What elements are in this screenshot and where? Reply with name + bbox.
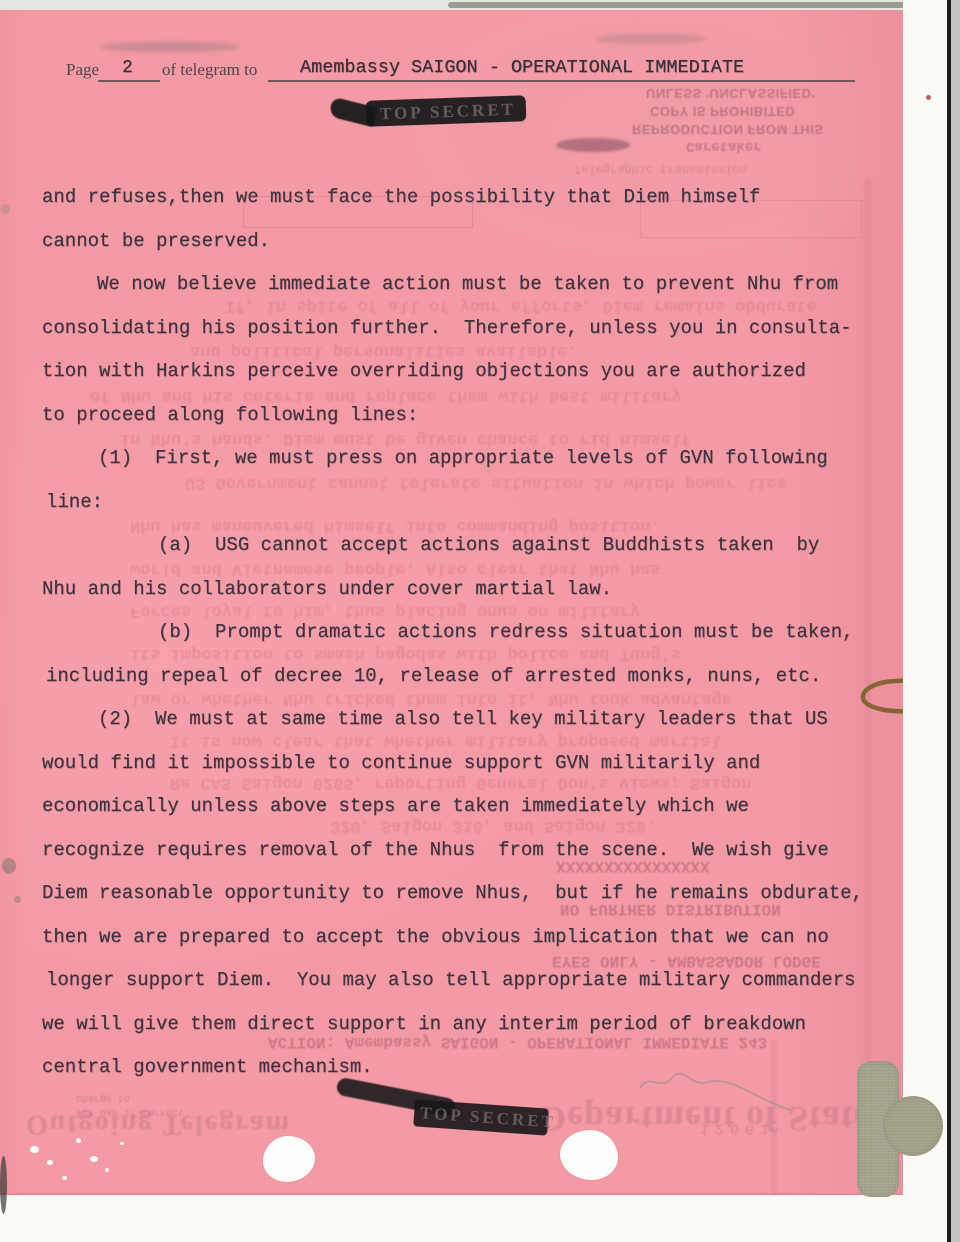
ghost-small-line: for use if correct [76, 1106, 184, 1117]
ghost-line: 320, Saigon 316, and Saigon 329. [330, 816, 656, 835]
typed-line: Nhu and his collaborators under cover ma… [42, 578, 612, 600]
ghost-smudge [556, 138, 630, 152]
ghost-line: of Nhu and his coterie and replace them … [90, 386, 682, 405]
pencil-smudge [100, 42, 240, 52]
binding-tab-circle [883, 1096, 943, 1156]
ghost-telegraphic: Telegraphic transmission [574, 162, 747, 176]
typed-line: would find it impossible to continue sup… [42, 752, 760, 774]
paper-speck [120, 1142, 124, 1145]
punch-hole [560, 1130, 618, 1180]
typed-line: we will give them direct support in any … [42, 1013, 806, 1035]
typed-line: and refuses,then we must face the possib… [42, 186, 760, 208]
ghost-footer-line: COPY IS PROHIBITED [650, 104, 795, 119]
punch-hole [263, 1136, 315, 1182]
paper-speck [62, 1176, 67, 1180]
typed-line: We now believe immediate action must be … [97, 273, 838, 295]
paper-speck [47, 1160, 53, 1165]
scanner-right-margin [903, 0, 947, 1242]
typed-line: to proceed along following lines: [42, 404, 418, 426]
typed-line: then we are prepared to accept the obvio… [42, 926, 829, 948]
ghost-line: Re CAS Saigon 0265, reporting General Do… [170, 773, 752, 792]
form-underline [98, 80, 160, 82]
scanner-edge-gray [951, 0, 960, 1242]
paper-speck [14, 896, 21, 903]
ghost-control-number: 12661 [700, 1120, 775, 1137]
page-label: Page [66, 60, 99, 80]
page-number: 2 [122, 58, 133, 78]
scanner-top-band [448, 2, 960, 8]
typed-line: cannot be preserved. [42, 230, 270, 252]
of-telegram-label: of telegram to [162, 60, 257, 80]
paper-speck [926, 95, 931, 100]
paper-speck [30, 1146, 39, 1153]
paper-speck [0, 204, 10, 214]
typed-line: (1) First, we must press on appropriate … [98, 447, 828, 469]
pencil-scribble [630, 1062, 810, 1122]
paper-speck [90, 1156, 98, 1162]
form-underline [268, 80, 855, 82]
typed-line: Diem reasonable opportunity to remove Nh… [42, 882, 863, 904]
typed-line: economically unless above steps are take… [42, 795, 749, 817]
typed-line: including repeal of decree 10, release o… [46, 665, 821, 687]
ghost-line-dark: EYES ONLY - AMBASSADOR LODGE [552, 952, 821, 970]
ghost-footer-line: UNLESS 'UNCLASSIFIED' [646, 86, 815, 101]
scanned-telegram-document: Page 2 of telegram to Amembassy SAIGON -… [0, 0, 960, 1242]
ghost-outgoing-telegram: Outgoing Telegram [26, 1108, 291, 1140]
paper-crease [862, 180, 874, 1080]
ghost-line: world and Vietnamese people. Also clear … [130, 559, 661, 578]
ghost-small-line: charge to [76, 1092, 130, 1103]
typed-line: (2) We must at same time also tell key m… [98, 708, 828, 730]
paper-speck [2, 858, 16, 874]
ghost-line: If, in spite of all of your efforts, Die… [225, 296, 817, 315]
ghost-line: its imposition to smash pagodas with pol… [130, 644, 681, 663]
typed-line: central government mechanism. [42, 1056, 373, 1078]
ghost-line: It is now clear that whether military pr… [170, 731, 721, 750]
pencil-smudge [596, 34, 706, 44]
paper-speck [76, 1138, 81, 1143]
ghost-line: Forces loyal to him, thus placing onus o… [130, 601, 640, 620]
ghost-caretaker: Caretaker [686, 138, 762, 154]
typed-line: line: [46, 491, 103, 513]
paper-speck [105, 1168, 109, 1172]
ghost-line: law or whether Nhu tricked them into it,… [130, 689, 732, 708]
ghost-line: Nhu has maneuvered himself into commandi… [130, 516, 661, 535]
pink-telegram-paper: Page 2 of telegram to Amembassy SAIGON -… [0, 10, 904, 1195]
ghost-line-dark: ACTION: Amembassy SAIGON - OPERATIONAL I… [268, 1033, 767, 1051]
ghost-line: and political personalities available. [190, 341, 578, 360]
top-secret-stamp-bottom: TOP SECRET [328, 1082, 568, 1137]
telegram-addressee: Amembassy SAIGON - OPERATIONAL IMMEDIATE [300, 57, 744, 78]
typed-line: longer support Diem. You may also tell a… [46, 969, 856, 991]
typed-line: consolidating his position further. Ther… [42, 317, 852, 339]
typed-line: tion with Harkins perceive overriding ob… [42, 360, 806, 382]
typed-line: (a) USG cannot accept actions against Bu… [158, 534, 819, 556]
top-secret-stamp-top: TOP SECRET [328, 92, 528, 137]
ghost-line: US Government cannot tolerate situation … [185, 473, 787, 492]
ghost-line: in Nhu's hands. Diem must be given chanc… [120, 429, 691, 448]
ghost-footer-line: REPRODUCTION FROM THIS [632, 122, 824, 137]
typed-line: (b) Prompt dramatic actions redress situ… [158, 621, 854, 643]
scanner-top-edge [0, 0, 960, 10]
typed-line: recognize requires removal of the Nhus f… [42, 839, 829, 861]
paper-speck [0, 1156, 7, 1214]
